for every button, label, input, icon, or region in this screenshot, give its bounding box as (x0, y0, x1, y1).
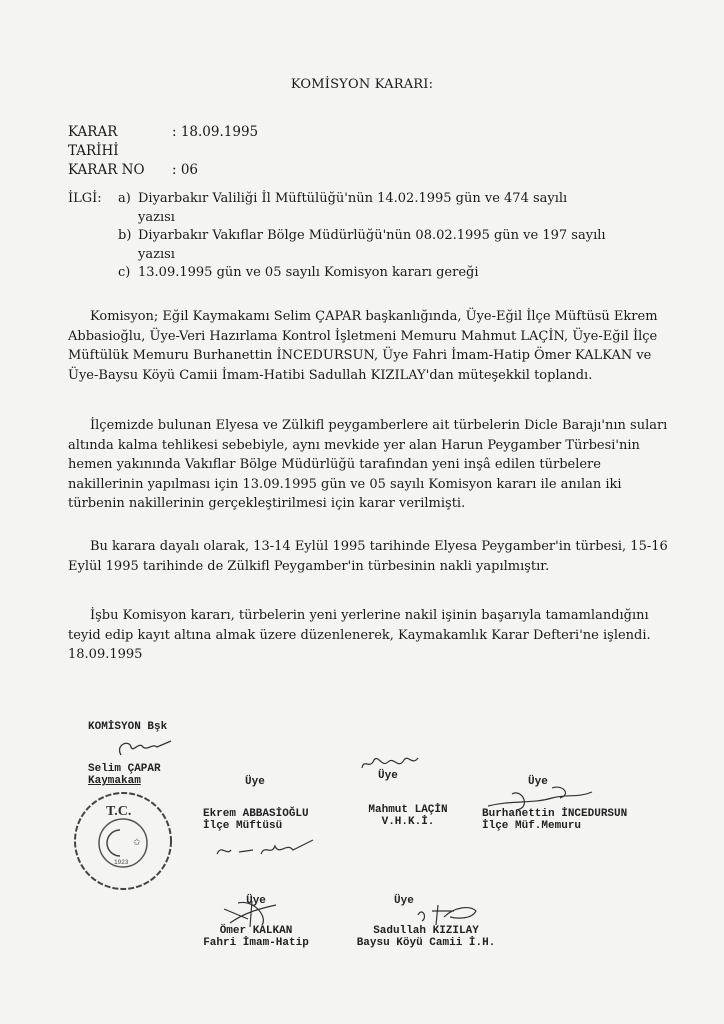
reference-key: a) (118, 190, 138, 227)
member-title: Fahri İmam-Hatip (196, 937, 316, 949)
signature-chair: KOMİSYON Bşk Selim ÇAPAR Kaymakam (88, 721, 173, 787)
member-title: V.H.K.İ. (358, 816, 458, 828)
paragraph-transfer: Bu karara dayalı olarak, 13-14 Eylül 199… (68, 537, 668, 576)
signature-member-3: Üye Burhanettin İNCEDURSUN İlçe Müf.Memu… (482, 776, 627, 832)
signature-scribble-icon (414, 903, 484, 929)
member-name: Mahmut LAÇİN (358, 804, 458, 816)
decision-number-row: KARAR NO : 06 (68, 161, 258, 180)
signature-scribble-icon (113, 735, 173, 761)
member-title: İlçe Müftüsü (203, 820, 323, 832)
member-title: Baysu Köyü Camii İ.H. (346, 937, 506, 949)
reference-text: Diyarbakır Vakıflar Bölge Müdürlüğü'nün … (138, 227, 618, 264)
paragraph-conclusion: İşbu Komisyon kararı, türbelerin yeni ye… (68, 606, 668, 665)
paragraph-commission: Komisyon; Eğil Kaymakamı Selim ÇAPAR baş… (68, 307, 668, 385)
decision-date-label: KARAR TARİHİ (68, 123, 172, 161)
reference-item: b) Diyarbakır Vakıflar Bölge Müdürlüğü'n… (118, 227, 638, 264)
signature-member-5: Üye Sadullah KIZILAY Baysu Köyü Camii İ.… (346, 895, 506, 949)
reference-item: a) Diyarbakır Valiliği İl Müftülüğü'nün … (118, 190, 638, 227)
signature-member-4: Üye Ömer KALKAN Fahri İmam-Hatip (196, 895, 316, 949)
decision-date-value: : 18.09.1995 (172, 123, 258, 161)
paragraph-background: İlçemizde bulunan Elyesa ve Zülkifl peyg… (68, 416, 668, 514)
svg-text:✩: ✩ (133, 838, 141, 848)
decision-meta: KARAR TARİHİ : 18.09.1995 KARAR NO : 06 (68, 123, 258, 180)
reference-key: c) (118, 264, 138, 283)
document-page: KOMİSYON KARARI: KARAR TARİHİ : 18.09.19… (0, 0, 724, 1024)
reference-list: a) Diyarbakır Valiliği İl Müftülüğü'nün … (118, 190, 638, 283)
document-title: KOMİSYON KARARI: (0, 77, 724, 92)
reference-item: c) 13.09.1995 gün ve 05 sayılı Komisyon … (118, 264, 638, 283)
member-name: Ekrem ABBASİOĞLU (203, 808, 323, 820)
signature-scribble-icon (218, 899, 288, 927)
reference-key: b) (118, 227, 138, 264)
member-role: Üye (203, 776, 323, 788)
svg-text:1923: 1923 (114, 859, 129, 866)
member-role: Üye (358, 770, 458, 782)
reference-label: İLGİ: (68, 190, 102, 209)
reference-text: 13.09.1995 gün ve 05 sayılı Komisyon kar… (138, 264, 638, 283)
decision-date-row: KARAR TARİHİ : 18.09.1995 (68, 123, 258, 161)
decision-number-label: KARAR NO (68, 161, 172, 180)
svg-text:T.C.: T.C. (106, 804, 131, 819)
signature-scribble-icon (482, 784, 602, 810)
reference-text: Diyarbakır Valiliği İl Müftülüğü'nün 14.… (138, 190, 608, 227)
decision-number-value: : 06 (172, 161, 198, 180)
signature-scribble-icon (213, 836, 323, 862)
member-title: İlçe Müf.Memuru (482, 820, 627, 832)
official-seal-icon: ✩ T.C. 1923 (72, 790, 174, 892)
chair-title: Kaymakam (88, 775, 173, 787)
signature-member-2: Üye Mahmut LAÇİN V.H.K.İ. (358, 752, 458, 828)
chair-name: Selim ÇAPAR (88, 763, 173, 775)
signature-member-1: Üye Ekrem ABBASİOĞLU İlçe Müftüsü (203, 776, 323, 862)
chair-heading: KOMİSYON Bşk (88, 721, 173, 733)
